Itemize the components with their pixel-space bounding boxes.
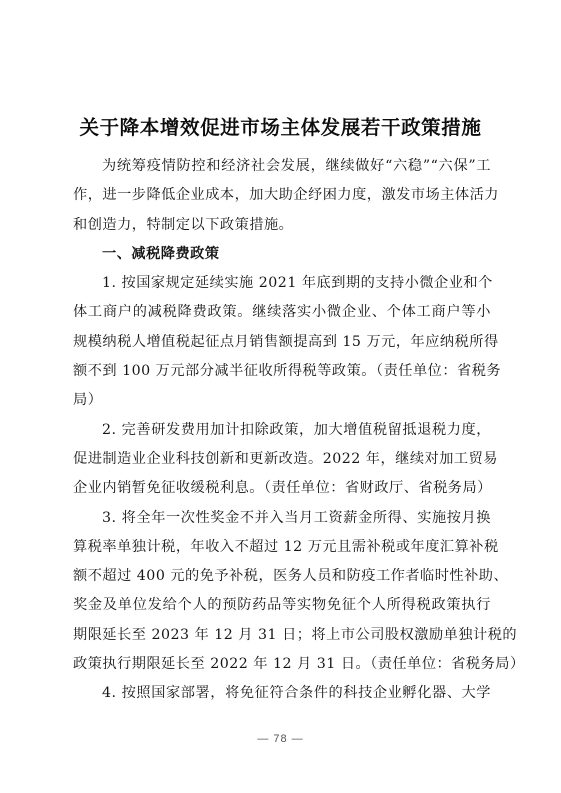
text-line: 作，进一步降低企业成本，加大助企纾困力度，激发市场主体活力	[73, 181, 491, 210]
text-line: 体工商户的减税降费政策。继续落实小微企业、个体工商户等小	[73, 298, 491, 327]
text-line: 额不到 100 万元部分减半征收所得税等政策。（责任单位：省税务	[73, 357, 491, 386]
document-body: 为统筹疫情防控和经济社会发展，继续做好“六稳”“六保”工 作，进一步降低企业成本…	[73, 152, 491, 709]
page-number: — 78 —	[0, 733, 561, 745]
text-line: 算税率单独计税，年收入不超过 12 万元且需补税或年度汇算补税	[73, 533, 491, 562]
text-line: 政策执行期限延长至 2022 年 12 月 31 日。（责任单位：省税务局）	[73, 650, 491, 679]
text-line: 局）	[73, 386, 491, 415]
text-line: 1. 按国家规定延续实施 2021 年底到期的支持小微企业和个	[73, 269, 491, 298]
text-line: 企业内销暂免征收缓税利息。（责任单位：省财政厅、省税务局）	[73, 474, 491, 503]
policy-item-4: 4. 按照国家部署，将免征符合条件的科技企业孵化器、大学	[73, 679, 491, 708]
policy-item-2: 2. 完善研发费用加计扣除政策，加大增值税留抵退税力度， 促进制造业企业科技创新…	[73, 416, 491, 504]
text-line: 为统筹疫情防控和经济社会发展，继续做好“六稳”“六保”工	[73, 152, 491, 181]
text-line: 促进制造业企业科技创新和更新改造。2022 年，继续对加工贸易	[73, 445, 491, 474]
policy-item-1: 1. 按国家规定延续实施 2021 年底到期的支持小微企业和个 体工商户的减税降…	[73, 269, 491, 415]
section-heading: 一、减税降费政策	[73, 240, 491, 269]
text-line: 2. 完善研发费用加计扣除政策，加大增值税留抵退税力度，	[73, 416, 491, 445]
text-line: 期限延长至 2023 年 12 月 31 日；将上市公司股权激励单独计税的	[73, 621, 491, 650]
policy-item-3: 3. 将全年一次性奖金不并入当月工资薪金所得、实施按月换 算税率单独计税，年收入…	[73, 504, 491, 680]
text-line: 4. 按照国家部署，将免征符合条件的科技企业孵化器、大学	[73, 679, 491, 708]
text-line: 额不超过 400 元的免予补税，医务人员和防疫工作者临时性补助、	[73, 562, 491, 591]
text-line: 3. 将全年一次性奖金不并入当月工资薪金所得、实施按月换	[73, 504, 491, 533]
text-line: 奖金及单位发给个人的预防药品等实物免征个人所得税政策执行	[73, 591, 491, 620]
text-line: 规模纳税人增值税起征点月销售额提高到 15 万元，年应纳税所得	[73, 328, 491, 357]
document-title: 关于降本增效促进市场主体发展若干政策措施	[0, 112, 561, 140]
text-line: 和创造力，特制定以下政策措施。	[73, 211, 491, 240]
document-page: 关于降本增效促进市场主体发展若干政策措施 为统筹疫情防控和经济社会发展，继续做好…	[0, 0, 561, 793]
intro-paragraph: 为统筹疫情防控和经济社会发展，继续做好“六稳”“六保”工 作，进一步降低企业成本…	[73, 152, 491, 240]
